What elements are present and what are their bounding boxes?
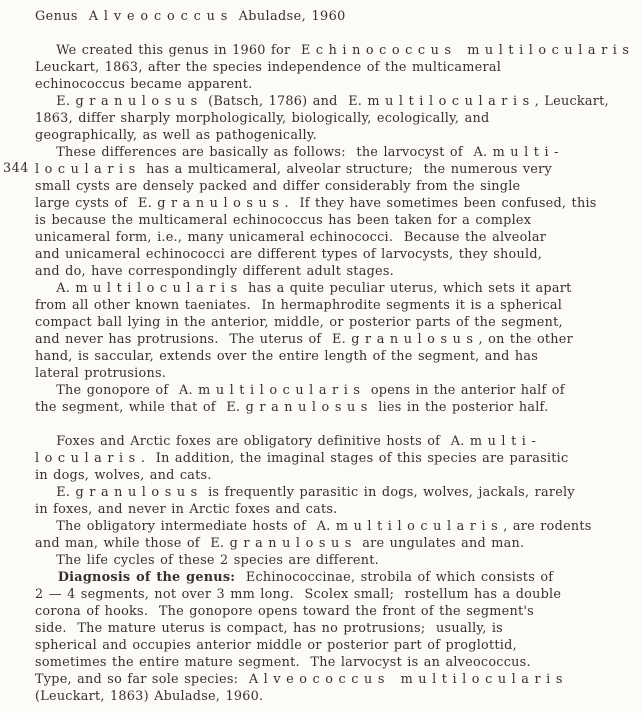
page-title: Genus A l v e o c o c c u s Abuladse, 19… xyxy=(35,8,617,25)
text-line: hand, is saccular, extends over the enti… xyxy=(35,348,617,365)
text-line: Foxes and Arctic foxes are obligatory de… xyxy=(35,433,617,450)
text-line: These differences are basically as follo… xyxy=(35,144,617,161)
text-line: Leuckart, 1863, after the species indepe… xyxy=(35,59,617,76)
text-line: in foxes, and never in Arctic foxes and … xyxy=(35,501,617,518)
text-line xyxy=(35,25,617,42)
text-line: large cysts of E. g r a n u l o s u s . … xyxy=(35,195,617,212)
text-line: Type, and so far sole species: A l v e o… xyxy=(35,671,617,688)
text-line: and never has protrusions. The uterus of… xyxy=(35,331,617,348)
text-line: the segment, while that of E. g r a n u … xyxy=(35,399,617,416)
text-line: and man, while those of E. g r a n u l o… xyxy=(35,535,617,552)
text-line: unicameral form, i.e., many unicameral e… xyxy=(35,229,617,246)
text-line: E. g r a n u l o s u s is frequently par… xyxy=(35,484,617,501)
text-line: 2 — 4 segments, not over 3 mm long. Scol… xyxy=(35,586,617,603)
text-line: echinococcus became apparent. xyxy=(35,76,617,93)
text-line: in dogs, wolves, and cats. xyxy=(35,467,617,484)
text-line: (Leuckart, 1863) Abuladse, 1960. xyxy=(35,688,617,705)
text-line: 1863, differ sharply morphologically, bi… xyxy=(35,110,617,127)
text-line: lateral protrusions. xyxy=(35,365,617,382)
text-line: from all other known taeniates. In herma… xyxy=(35,297,617,314)
text-line: The obligatory intermediate hosts of A. … xyxy=(35,518,617,535)
text-line: is because the multicameral echinococcus… xyxy=(35,212,617,229)
text-line xyxy=(35,416,617,433)
text-line: A. m u l t i l o c u l a r i s has a qui… xyxy=(35,280,617,297)
text-line: E. g r a n u l o s u s (Batsch, 1786) an… xyxy=(35,93,617,110)
text-line: side. The mature uterus is compact, has … xyxy=(35,620,617,637)
text-line: We created this genus in 1960 for E c h … xyxy=(35,42,617,59)
text-line: The life cycles of these 2 species are d… xyxy=(35,552,617,569)
document-page: 344 Genus A l v e o c o c c u s Abuladse… xyxy=(0,0,641,713)
text-line: The gonopore of A. m u l t i l o c u l a… xyxy=(35,382,617,399)
text-line: geographically, as well as pathogenicall… xyxy=(35,127,617,144)
margin-page-number: 344 xyxy=(3,160,29,177)
text-line: l o c u l a r i s . In addition, the ima… xyxy=(35,450,617,467)
text-line: l o c u l a r i s has a multicameral, al… xyxy=(35,161,617,178)
text-line: small cysts are densely packed and diffe… xyxy=(35,178,617,195)
text-body: We created this genus in 1960 for E c h … xyxy=(35,25,617,705)
text-line: sometimes the entire mature segment. The… xyxy=(35,654,617,671)
text-line: compact ball lying in the anterior, midd… xyxy=(35,314,617,331)
text-line: spherical and occupies anterior middle o… xyxy=(35,637,617,654)
text-line: corona of hooks. The gonopore opens towa… xyxy=(35,603,617,620)
text-line: and unicameral echinococci are different… xyxy=(35,246,617,263)
text-line: and do, have correspondingly different a… xyxy=(35,263,617,280)
text-line: Diagnosis of the genus: Echinococcinae, … xyxy=(35,569,617,586)
